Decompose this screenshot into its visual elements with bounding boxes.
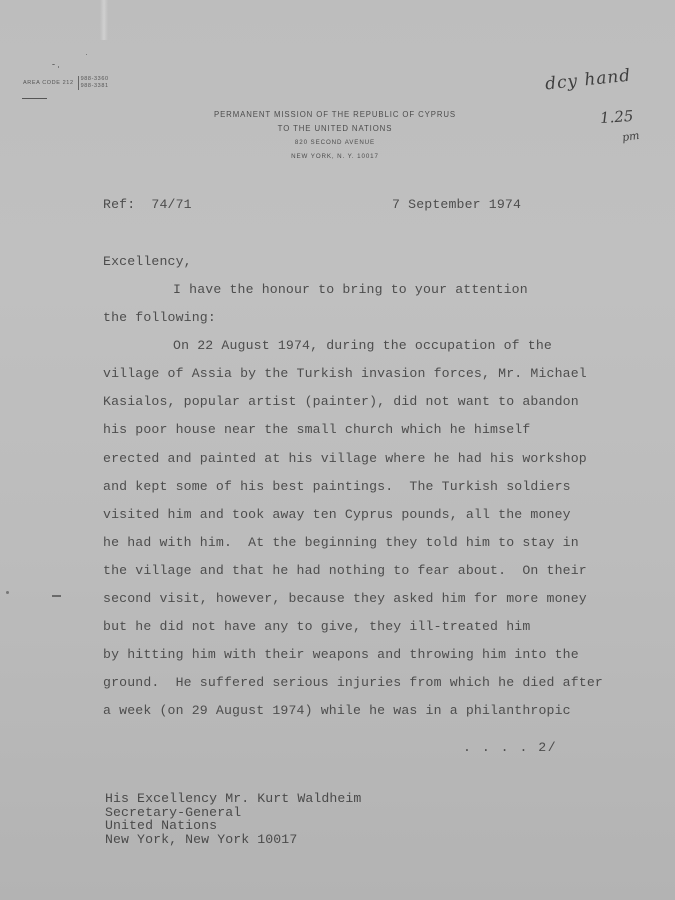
addressee-block: His Excellency Mr. Kurt WaldheimSecretar… bbox=[105, 792, 361, 846]
handwritten-pm: pm bbox=[621, 129, 640, 144]
body-line: his poor house near the small church whi… bbox=[103, 422, 603, 450]
addressee-line: United Nations bbox=[105, 819, 361, 833]
paper-fold-shadow bbox=[100, 0, 108, 40]
reference-number: Ref: 74/71 bbox=[103, 197, 192, 212]
ink-speck bbox=[58, 66, 59, 68]
handwritten-time: 1.25 bbox=[599, 107, 634, 127]
body-line: but he did not have any to give, they il… bbox=[103, 619, 603, 647]
body-line: the village and that he had nothing to f… bbox=[103, 563, 603, 591]
area-code-label: Area Code 212 bbox=[23, 80, 74, 86]
letterhead-street: 820 Second Avenue bbox=[180, 136, 490, 150]
handwritten-note: dcy hand bbox=[544, 66, 632, 95]
body-line: On 22 August 1974, during the occupation… bbox=[103, 338, 603, 366]
body-line: erected and painted at his village where… bbox=[103, 451, 603, 479]
body-line: visited him and took away ten Cyprus pou… bbox=[103, 507, 603, 535]
body-line: I have the honour to bring to your atten… bbox=[103, 282, 603, 310]
body-line: ground. He suffered serious injuries fro… bbox=[103, 675, 603, 703]
margin-speck bbox=[6, 591, 9, 594]
phone-numbers: 988-3360 988-3381 bbox=[78, 76, 109, 90]
ink-speck bbox=[86, 54, 87, 55]
letter-date: 7 September 1974 bbox=[392, 197, 521, 212]
underline-mark bbox=[22, 98, 47, 99]
letterhead: Permanent Mission of the Republic of Cyp… bbox=[180, 108, 490, 164]
body-line: the following: bbox=[103, 310, 603, 338]
letterhead-sub: to the United Nations bbox=[180, 122, 490, 136]
body-line: a week (on 29 August 1974) while he was … bbox=[103, 703, 603, 731]
body-line: and kept some of his best paintings. The… bbox=[103, 479, 603, 507]
body-line: Kasialos, popular artist (painter), did … bbox=[103, 394, 603, 422]
phone-block: Area Code 212 988-3360 988-3381 bbox=[23, 76, 109, 90]
body-line: he had with him. At the beginning they t… bbox=[103, 535, 603, 563]
ink-speck bbox=[52, 64, 55, 65]
margin-mark bbox=[52, 595, 61, 597]
body-line: by hitting him with their weapons and th… bbox=[103, 647, 603, 675]
salutation: Excellency, bbox=[103, 254, 192, 269]
letter-body: I have the honour to bring to your atten… bbox=[103, 282, 603, 732]
body-line: second visit, however, because they aske… bbox=[103, 591, 603, 619]
phone-number: 988-3360 bbox=[81, 76, 109, 83]
letterhead-city: New York, N. Y. 10017 bbox=[180, 150, 490, 164]
phone-number: 988-3381 bbox=[81, 83, 109, 90]
addressee-line: Secretary-General bbox=[105, 806, 361, 820]
body-line: village of Assia by the Turkish invasion… bbox=[103, 366, 603, 394]
addressee-line: His Excellency Mr. Kurt Waldheim bbox=[105, 792, 361, 806]
addressee-line: New York, New York 10017 bbox=[105, 833, 361, 847]
letterhead-org: Permanent Mission of the Republic of Cyp… bbox=[180, 108, 490, 122]
page-continuation: . . . . 2/ bbox=[463, 740, 557, 755]
